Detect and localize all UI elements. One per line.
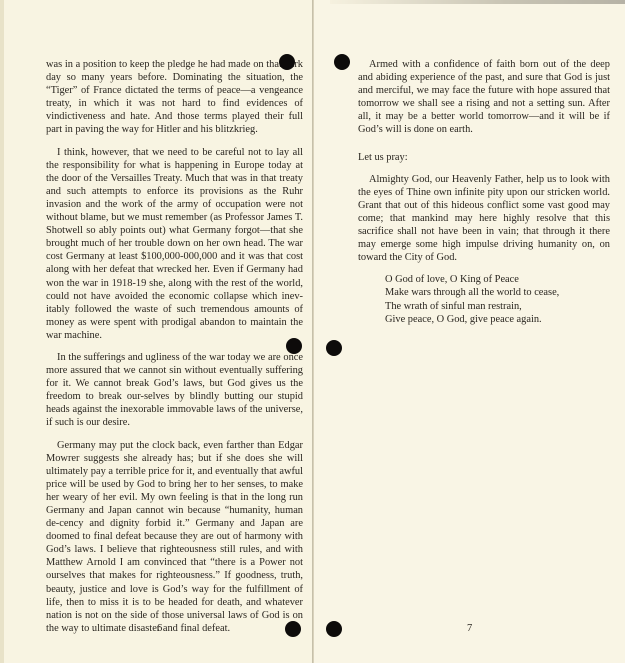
paragraph: In the sufferings and ugliness of the wa… xyxy=(46,351,303,430)
page-number-right: 7 xyxy=(467,623,472,634)
paragraph: Germany may put the clock back, even far… xyxy=(46,439,303,635)
page-number-left: 6 xyxy=(157,623,162,634)
punch-hole-icon xyxy=(334,54,350,70)
verse-line: Make wars through all the world to cease… xyxy=(385,286,610,299)
verse-line: The wrath of sinful man restrain, xyxy=(385,300,610,313)
book-gutter xyxy=(312,0,314,663)
paragraph: I think, however, that we need to be car… xyxy=(46,146,303,342)
right-page-text: Armed with a confidence of faith born ou… xyxy=(358,58,610,326)
punch-hole-icon xyxy=(285,621,301,637)
prayer-text: Almighty God, our Heavenly Father, help … xyxy=(358,173,610,265)
punch-hole-icon xyxy=(326,621,342,637)
punch-hole-icon xyxy=(286,338,302,354)
page-edge-shadow xyxy=(330,0,625,4)
prayer-label: Let us pray: xyxy=(358,151,610,164)
paragraph: Armed with a confidence of faith born ou… xyxy=(358,58,610,137)
punch-hole-icon xyxy=(279,54,295,70)
verse-line: Give peace, O God, give peace again. xyxy=(385,313,610,326)
left-page-text: was in a position to keep the pledge he … xyxy=(46,58,303,644)
paragraph: was in a position to keep the pledge he … xyxy=(46,58,303,137)
verse-line: O God of love, O King of Peace xyxy=(385,273,610,286)
hymn-verse: O God of love, O King of Peace Make wars… xyxy=(385,273,610,325)
punch-hole-icon xyxy=(326,340,342,356)
